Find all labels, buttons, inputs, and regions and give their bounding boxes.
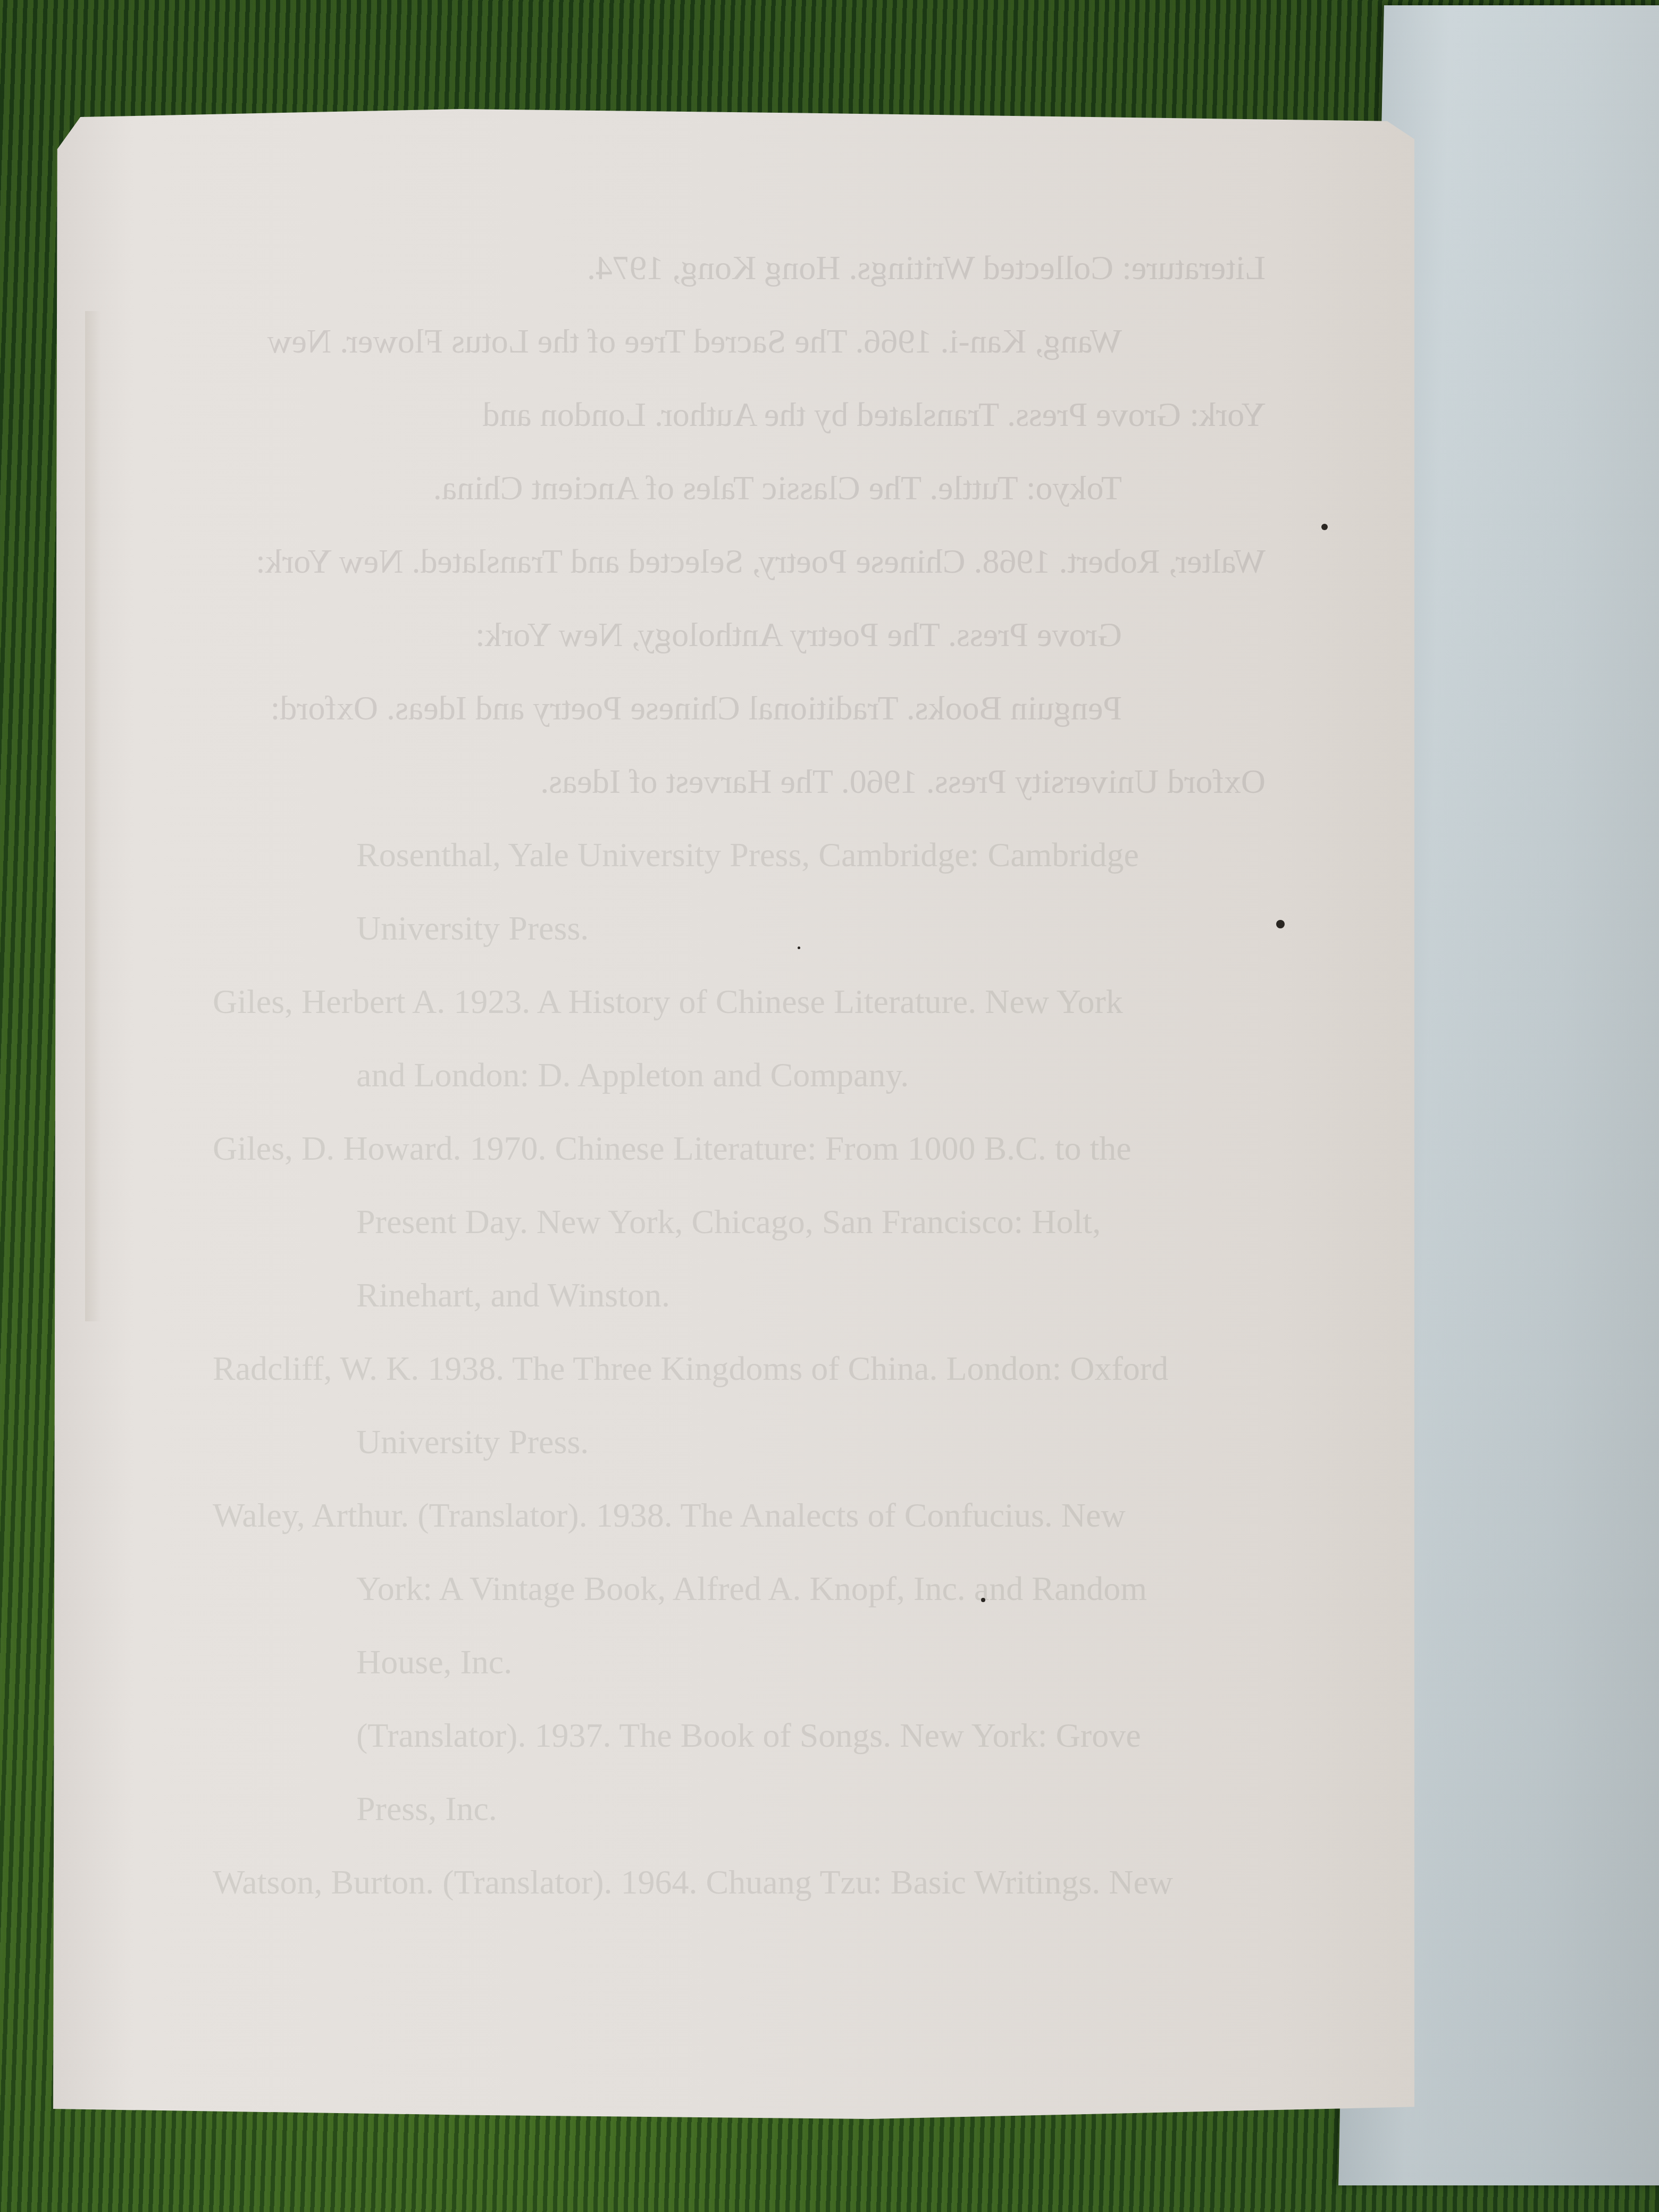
paper-spot [981, 1598, 985, 1602]
text-line: Literature: Collected Writings. Hong Kon… [213, 231, 1266, 305]
text-line: Oxford University Press. 1960. The Harve… [213, 745, 1266, 818]
text-line: House, Inc. [213, 1626, 1266, 1699]
paper-spot [1321, 524, 1328, 530]
text-line: and London: D. Appleton and Company. [213, 1038, 1266, 1112]
text-line: Watson, Burton. (Translator). 1964. Chua… [213, 1846, 1266, 1919]
bibliography-text: Rosenthal, Yale University Press, Cambri… [213, 818, 1266, 1919]
text-line: Rosenthal, Yale University Press, Cambri… [213, 818, 1266, 892]
text-line: Giles, Herbert A. 1923. A History of Chi… [213, 965, 1266, 1038]
text-line: Waley, Arthur. (Translator). 1938. The A… [213, 1479, 1266, 1552]
text-line: Radcliff, W. K. 1938. The Three Kingdoms… [213, 1332, 1266, 1405]
text-line: Tokyo: Tuttle. The Classic Tales of Anci… [213, 451, 1266, 525]
show-through-text: Literature: Collected Writings. Hong Kon… [213, 231, 1266, 818]
text-line: York: A Vintage Book, Alfred A. Knopf, I… [213, 1552, 1266, 1626]
text-line: Penguin Books. Traditional Chinese Poetr… [213, 672, 1266, 745]
text-line: York: Grove Press. Translated by the Aut… [213, 378, 1266, 451]
text-line: Rinehart, and Winston. [213, 1259, 1266, 1332]
text-line: Grove Press. The Poetry Anthology, New Y… [213, 598, 1266, 672]
text-line: University Press. [213, 1405, 1266, 1479]
text-line: Press, Inc. [213, 1772, 1266, 1846]
paper-spot [1276, 920, 1285, 928]
paper-spot [798, 946, 800, 949]
text-line: Walter, Robert. 1968. Chinese Poetry, Se… [213, 525, 1266, 598]
text-line: Present Day. New York, Chicago, San Fran… [213, 1185, 1266, 1259]
text-line: University Press. [213, 892, 1266, 965]
text-line: (Translator). 1937. The Book of Songs. N… [213, 1699, 1266, 1772]
text-line: Wang, Kan-i. 1966. The Sacred Tree of th… [213, 305, 1266, 378]
book-page: Literature: Collected Writings. Hong Kon… [53, 109, 1414, 2119]
text-line: Giles, D. Howard. 1970. Chinese Literatu… [213, 1112, 1266, 1185]
page-text: Literature: Collected Writings. Hong Kon… [213, 231, 1266, 1919]
